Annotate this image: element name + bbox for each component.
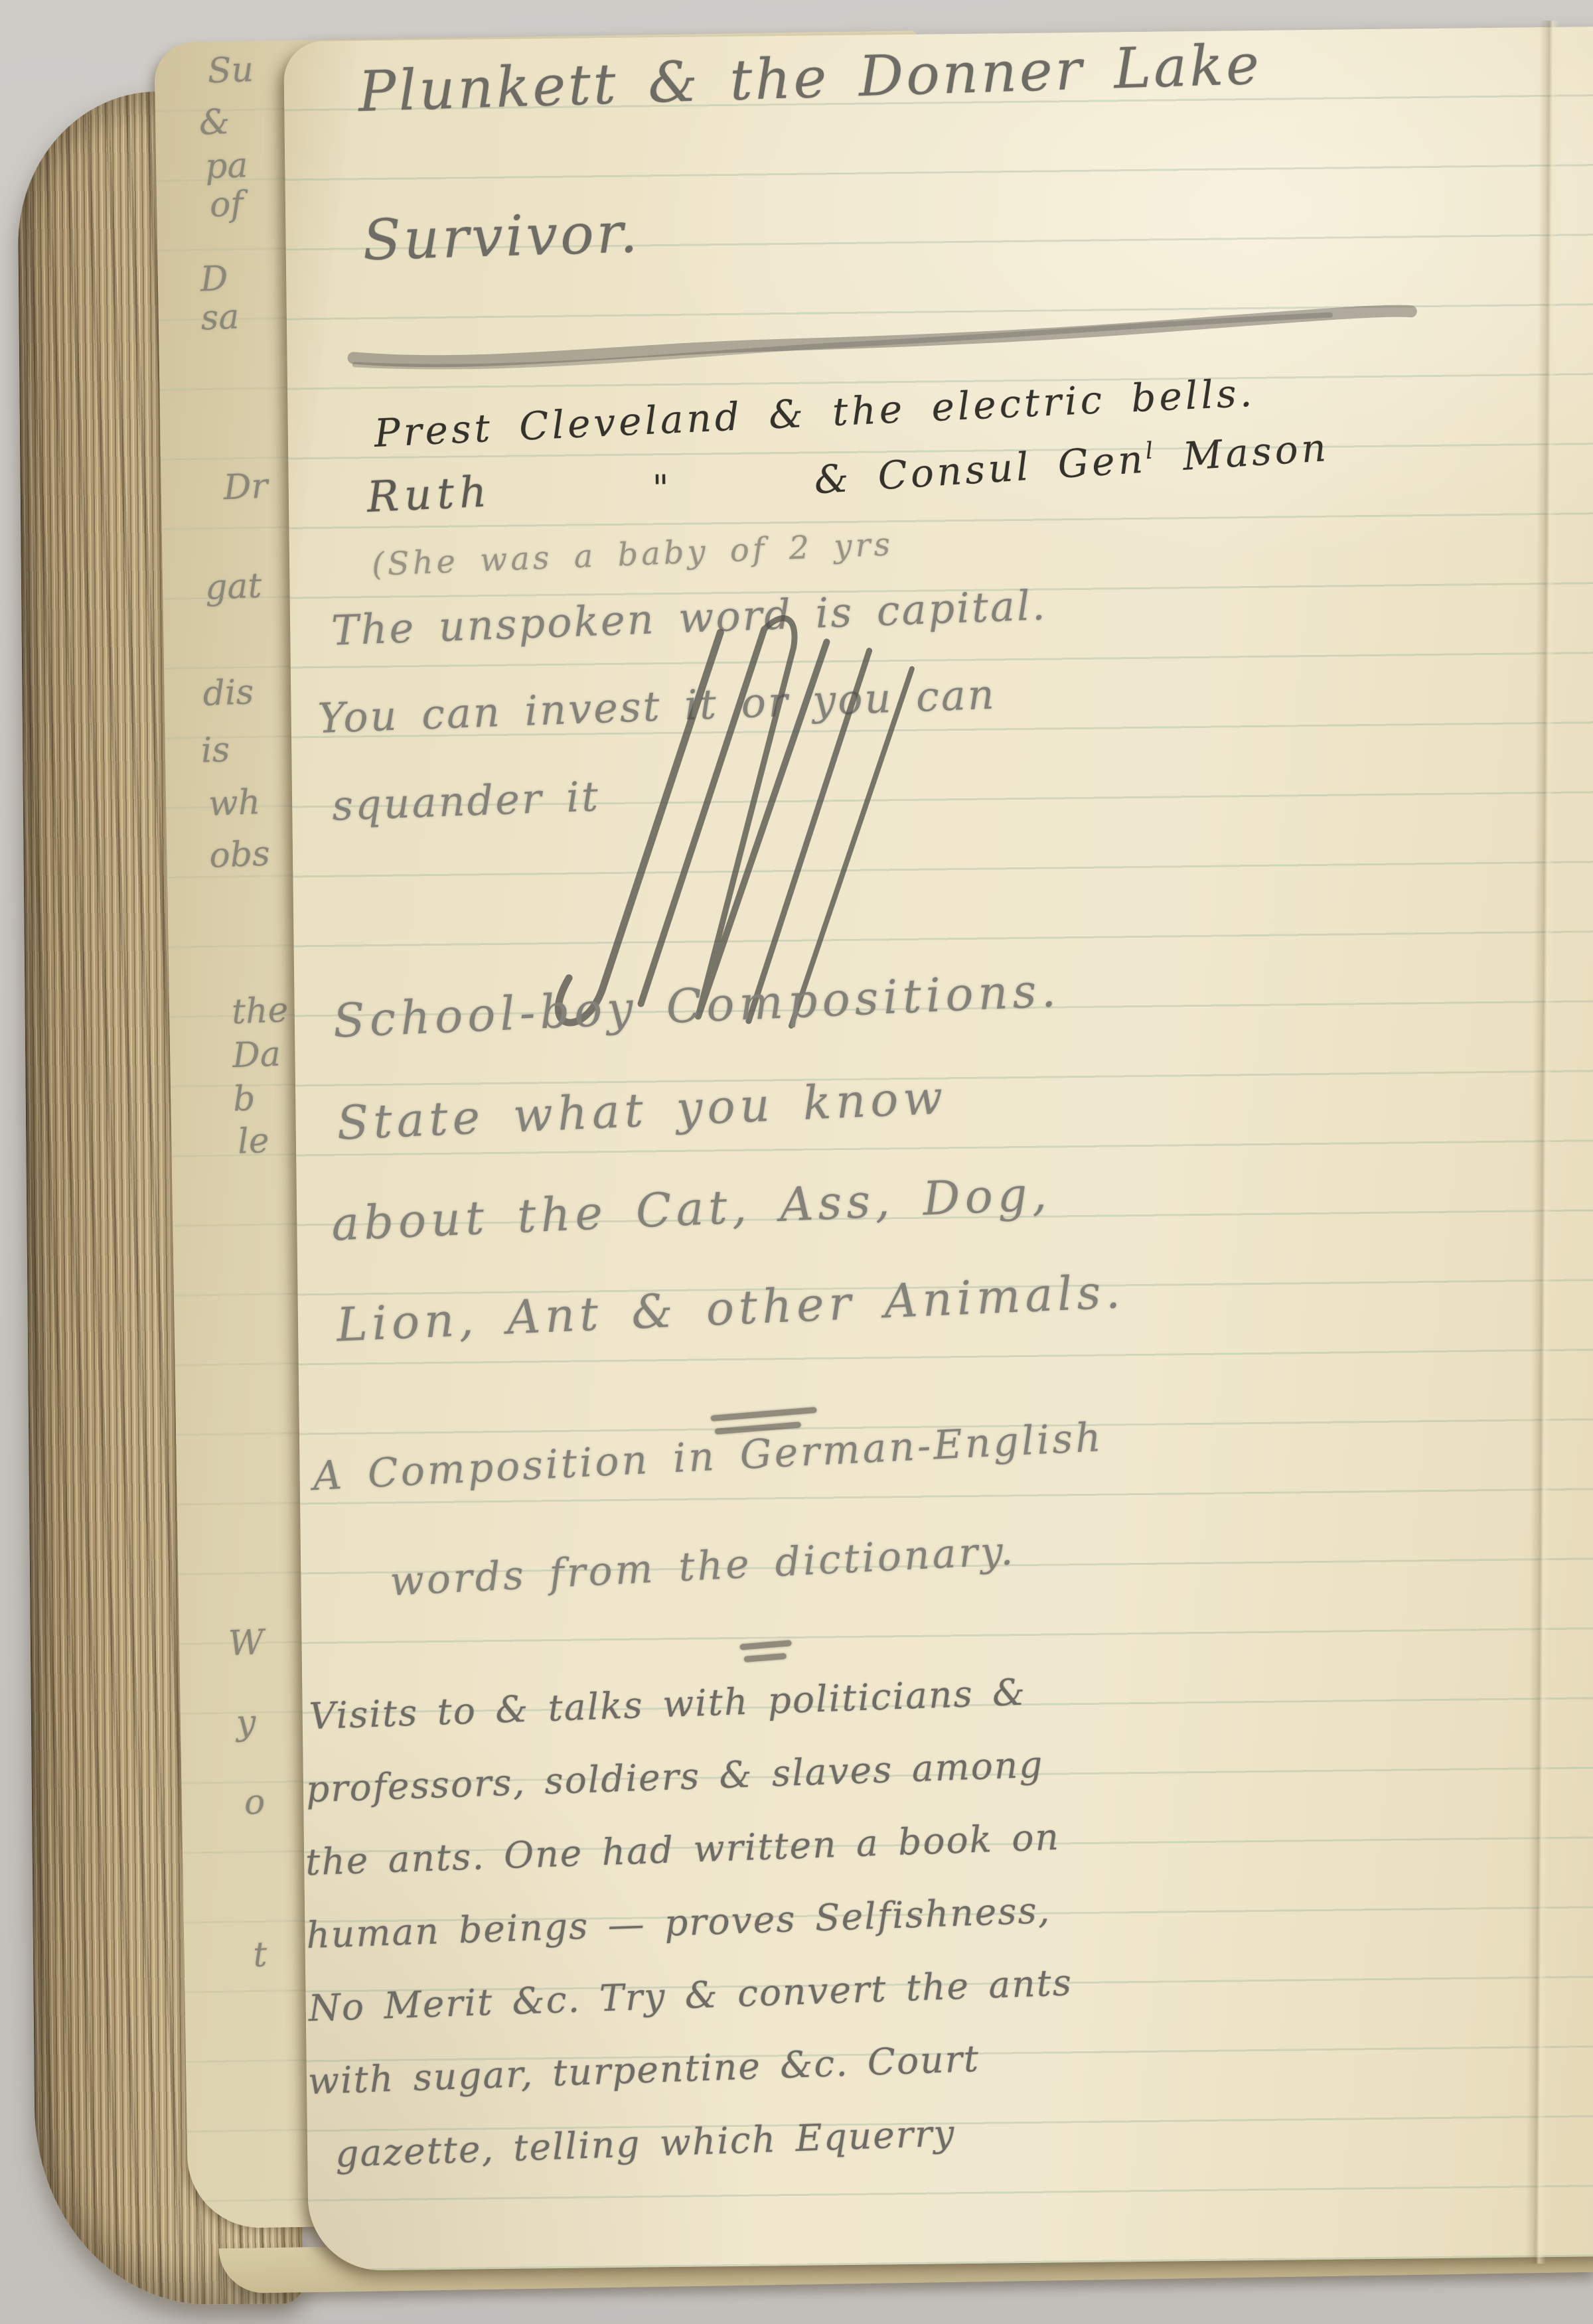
ants-note-line-7: gazette, telling which Equerry bbox=[335, 2112, 956, 2175]
left-page-fragment: o bbox=[244, 1782, 265, 1822]
ants-note-line-3: the ants. One had written a book on bbox=[305, 1816, 1061, 1884]
pencil-divider-stroke bbox=[711, 1407, 817, 1421]
cleveland-note-consul: & Consul Genl Mason bbox=[813, 425, 1331, 502]
left-page-fragment: b bbox=[232, 1079, 256, 1120]
left-page-fragment: Da bbox=[232, 1035, 281, 1076]
cleveland-note-ditto-mark: " bbox=[652, 467, 669, 509]
pencil-divider-stroke bbox=[739, 1640, 791, 1650]
left-page-fragment: & bbox=[198, 102, 230, 143]
left-page-fragment: D bbox=[200, 259, 229, 299]
left-page-fragment: the bbox=[231, 990, 289, 1032]
ants-note-line-1: Visits to & talks with politicians & bbox=[309, 1670, 1027, 1737]
german-note-line-2: words from the dictionary. bbox=[389, 1528, 1017, 1605]
ants-note-line-4: human beings — proves Selfishness, bbox=[305, 1889, 1051, 1956]
german-note-line-1: A Composition in German-English bbox=[312, 1414, 1104, 1500]
left-page-fragment: le bbox=[237, 1121, 270, 1162]
heading-line-1: Plunkett & the Donner Lake bbox=[357, 32, 1262, 125]
left-page-fragment: dis bbox=[202, 672, 254, 714]
ants-note-line-5: No Merit &c. Try & convert the ants bbox=[308, 1961, 1073, 2029]
schoolboy-note-line-3: about the Cat, Ass, Dog, bbox=[331, 1166, 1053, 1251]
left-page-fragment: pa bbox=[204, 145, 248, 186]
notebook-scan: Su & pa of D sa Dr gat dis is wh obs the… bbox=[0, 0, 1593, 2324]
cleveland-note-baby-line: (She was a baby of 2 yrs bbox=[371, 526, 894, 583]
ants-note-line-6: with sugar, turpentine &c. Court bbox=[307, 2037, 980, 2102]
left-page-fragment: is bbox=[200, 730, 230, 771]
schoolboy-note-line-2: State what you know bbox=[336, 1070, 948, 1150]
left-page-fragment: gat bbox=[204, 566, 262, 608]
left-page-fragment: Su bbox=[207, 50, 254, 91]
left-page-fragment: of bbox=[209, 184, 244, 225]
left-page-fragment: t bbox=[252, 1935, 267, 1976]
left-page-fragment: sa bbox=[200, 297, 240, 338]
page-crease bbox=[1526, 21, 1560, 2264]
left-page-fragment: wh bbox=[208, 782, 261, 824]
left-page-fragment: Dr bbox=[223, 467, 269, 508]
consul-text: & Consul Gen bbox=[813, 437, 1148, 503]
schoolboy-note-line-4: Lion, Ant & other Animals. bbox=[335, 1264, 1126, 1352]
left-page-fragment: W bbox=[228, 1623, 265, 1664]
heading-line-2: Survivor. bbox=[362, 200, 641, 273]
pencil-underline bbox=[335, 289, 1437, 388]
consul-text-2: Mason bbox=[1155, 425, 1330, 480]
pencil-divider bbox=[740, 1642, 792, 1661]
cleveland-note-ruth: Ruth bbox=[366, 467, 493, 522]
pencil-divider-stroke bbox=[744, 1653, 787, 1662]
ants-note-line-2: professors, soldiers & slaves among bbox=[305, 1743, 1044, 1810]
right-page: Plunkett & the Donner Lake Survivor. Pre… bbox=[283, 27, 1593, 2271]
left-page-fragment: obs bbox=[208, 834, 270, 876]
left-page-fragment: y bbox=[236, 1703, 257, 1743]
